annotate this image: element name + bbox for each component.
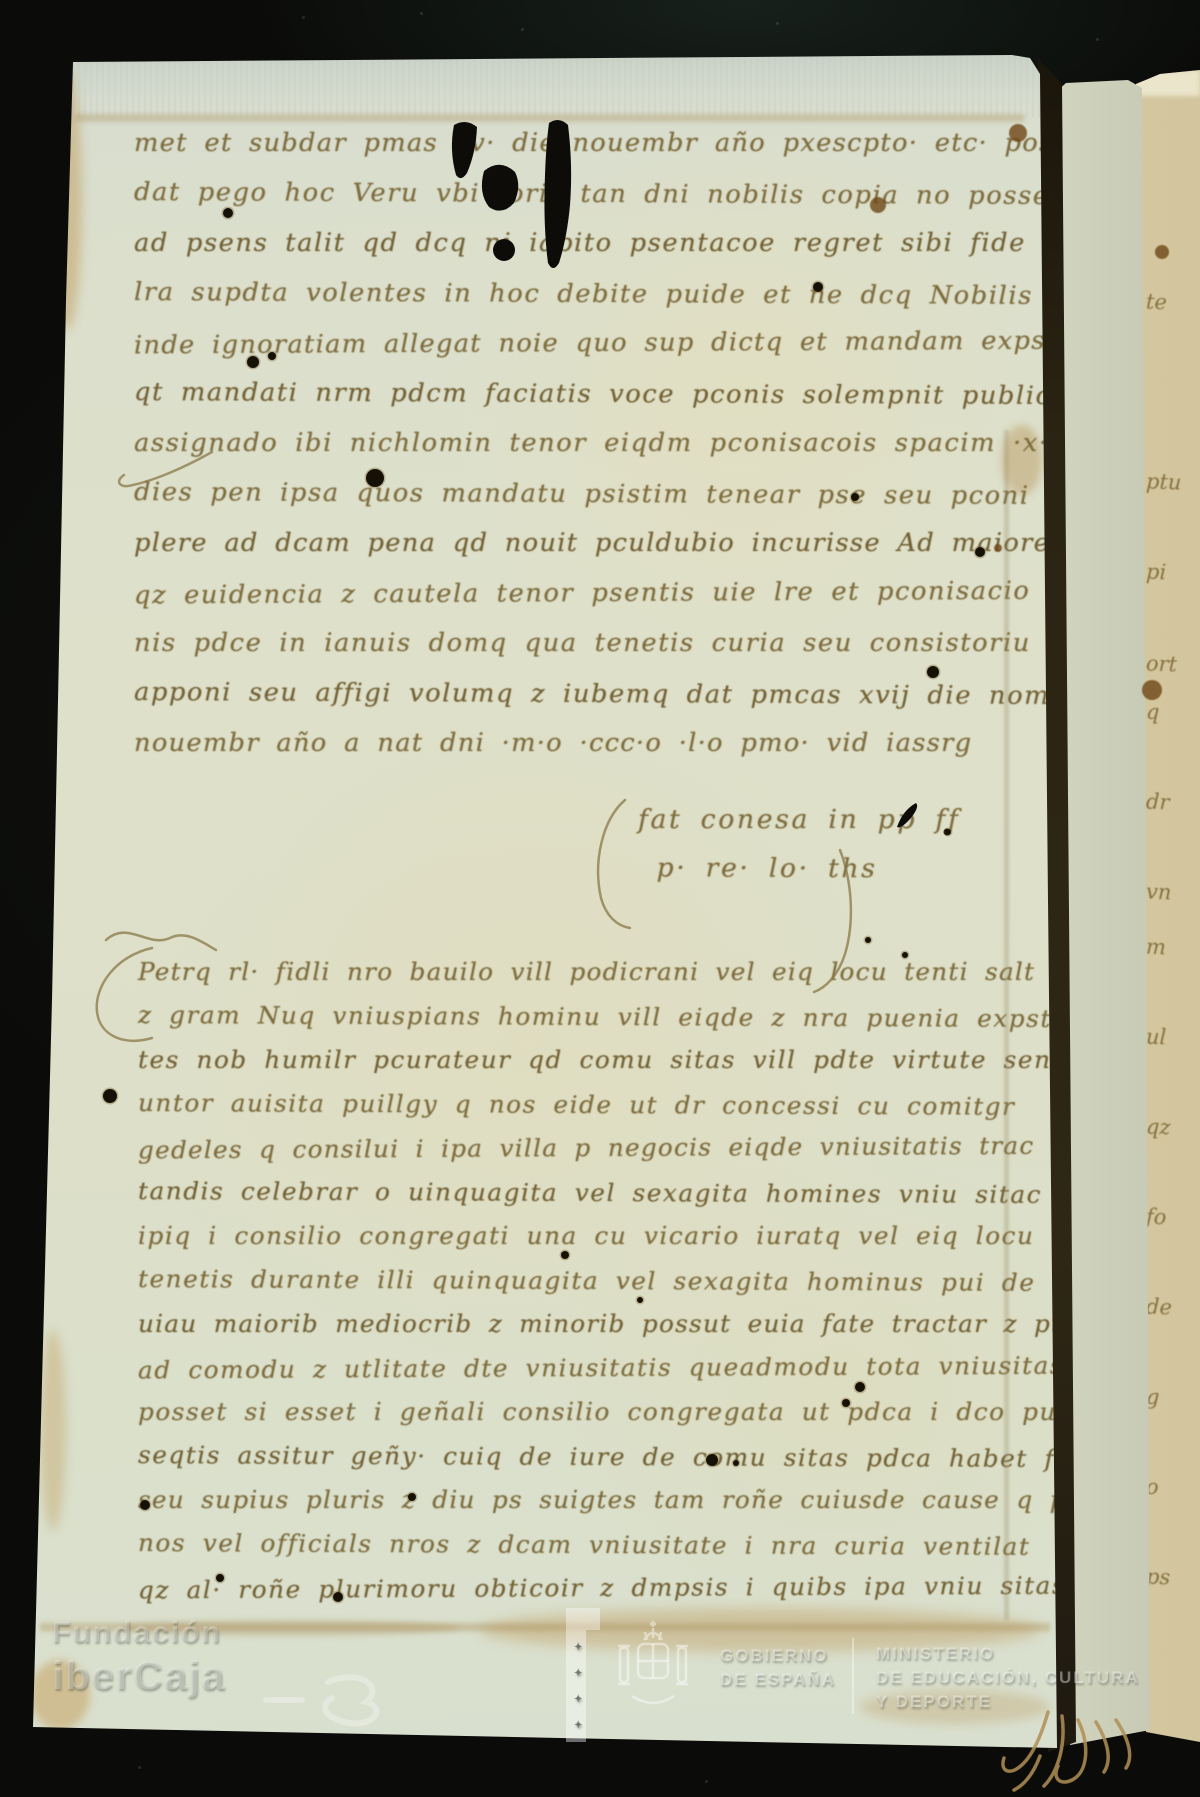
manuscript-line: z gram Nuq vniuspians hominu vill eiqde … [138,993,1065,1041]
manuscript-fragment: qz [1146,1115,1171,1140]
manuscript-fragment: vn [1146,880,1172,905]
brown-spot [1142,680,1162,700]
ink-hole [813,282,823,292]
ink-hole [268,352,276,360]
manuscript-line: ipiq i consilio congregati una cu vicari… [138,1214,1065,1258]
ministerio-line3: Y DEPORTE [876,1690,1140,1714]
stain [40,1330,66,1530]
manuscript-line: nouembr año a nat dni ·m·o ·ccc·o ·l·o p… [134,718,1061,768]
manuscript-fragment: q [1146,700,1160,724]
manuscript-fragment: pi [1146,560,1167,585]
brown-spot [1009,124,1027,142]
ibercaja-logo-icon [262,1660,392,1730]
ink-hole [216,1574,224,1582]
manuscript-line: posset si esset i geñali consilio congre… [138,1390,1065,1434]
manuscript-line: nis pdce in ianuis domq qua tenetis curi… [134,618,1061,668]
ink-hole [927,666,939,678]
manuscript-fragment: dr [1146,790,1170,815]
right-vertical-crease [1004,430,1009,1620]
ink-hole [561,1251,569,1259]
ministerio-line2: DE EDUCACIÓN, CULTURA [876,1666,1140,1690]
ink-hole [733,1460,739,1466]
manuscript-line: lra supdta volentes in hoc debite puide … [134,267,1061,321]
manuscript-line: gedeles q consilui i ipa villa p negocis… [138,1124,1065,1173]
manuscript-line: uiau maiorib mediocrib z minorib possut … [138,1302,1065,1346]
fundacion-ibercaja-watermark: Fundación iberCaja [52,1618,226,1696]
dust-speck [302,16,305,19]
manuscript-line: met et subdar pmas xv· die nouembr año p… [134,118,1061,168]
gobierno-text: GOBIERNO DE ESPAÑA [720,1644,836,1692]
manuscript-line: qt mandati nrm pdcm faciatis voce pconis… [134,367,1061,421]
manuscript-fragment: ps [1146,1565,1171,1590]
signature-block: fat conesa in pp ffp· re· lo· ths [638,796,978,892]
manuscript-page: met et subdar pmas xv· die nouembr año p… [0,0,1200,1797]
dust-speck [776,22,779,25]
manuscript-fragment: fo [1146,1205,1167,1230]
ink-hole [247,356,259,368]
ink-hole [408,1493,416,1501]
manuscript-fragment: de [1146,1295,1173,1320]
ink-hole [945,829,951,835]
manuscript-line: plere ad dcam pena qd nouit pculdubio in… [134,518,1061,568]
brown-spot [870,197,886,213]
manuscript-line: tenetis durante illi quinquagita vel sex… [138,1257,1065,1305]
ink-hole [975,547,985,557]
ink-hole [223,208,233,218]
ink-hole [865,937,871,943]
manuscript-line: assignado ibi nichlomin tenor eiqdm pcon… [134,418,1061,468]
manuscript-fragment: ort [1146,651,1178,676]
ink-hole [366,469,384,487]
manuscript-line: seu supius pluris z diu ps suigtes tam r… [138,1478,1065,1522]
dust-speck [420,12,423,15]
page-top-fold [60,55,1050,117]
manuscript-line: qz euidencia z cautela tenor psentis uie… [134,566,1061,621]
manuscript-line: untor auisita puillgy q nos eide ut dr c… [138,1081,1065,1129]
manuscript-fragment: m [1146,935,1167,960]
dust-speck [521,28,524,31]
dust-speck [1096,38,1099,41]
manuscript-line: apponi seu affigi volumq z iubemq dat pm… [134,667,1061,721]
manuscript-line: ad psens talit qd dcq ni iapito psentaco… [134,218,1061,268]
gobierno-line2: DE ESPAÑA [720,1668,836,1692]
watermark-fundacion-text: Fundación [52,1618,226,1648]
manuscript-line: seqtis assitur geñy· cuiq de iure de com… [138,1433,1065,1481]
manuscript-line: tandis celebrar o uinquagita vel sexagit… [138,1169,1065,1217]
ink-hole [851,493,859,501]
text-block-2: Petrq rl· fidli nro bauilo vill podicran… [138,950,1065,1610]
manuscript-line: p· re· lo· ths [656,844,978,893]
manuscript-photo: teptupiortqdrvnmulqzfodegops met et subd… [0,0,1200,1797]
ink-hole [103,1089,117,1103]
ink-hole [333,1592,343,1602]
manuscript-line: dat pego hoc Veru vbi foris tan dni nobi… [134,167,1061,221]
manuscript-fragment: ptu [1146,469,1182,494]
gobierno-watermark: ✦ ✦ ✦ ✦ GOBIERNO DE ESPAÑA MINISTERIO DE… [560,1600,1200,1760]
ministerio-line1: MINISTERIO [876,1642,1140,1666]
manuscript-line: Petrq rl· fidli nro bauilo vill podicran… [138,950,1065,994]
manuscript-line: nos vel officials nros z dcam vniusitate… [138,1521,1065,1569]
manuscript-line: fat conesa in pp ff [638,796,978,844]
brown-spot [1155,245,1169,259]
ink-hole [706,1454,718,1466]
ink-hole [855,1382,865,1392]
ministerio-text: MINISTERIO DE EDUCACIÓN, CULTURA Y DEPOR… [876,1642,1140,1714]
manuscript-line: tes nob humilr pcurateur qd comu sitas v… [138,1038,1065,1082]
watermark-divider [852,1638,854,1714]
ink-hole [902,952,908,958]
ink-hole [842,1399,850,1407]
dust-speck [138,1766,141,1769]
manuscript-line: dies pen ipsa quos mandatu psistim tenea… [134,467,1061,521]
coat-of-arms-icon [614,1618,692,1722]
ink-hole [140,1500,150,1510]
brown-spot [994,544,1002,552]
dust-speck [705,1780,708,1783]
text-block-1: met et subdar pmas xv· die nouembr año p… [134,118,1061,768]
manuscript-fragment: ul [1146,1025,1167,1050]
manuscript-line: inde ignoratiam allegat noie quo sup dic… [134,316,1061,371]
watermark-ibercaja-text: iberCaja [52,1656,226,1696]
ink-hole [637,1297,643,1303]
manuscript-line: ad comodu z utlitate dte vniusitatis que… [138,1344,1065,1393]
gobierno-line1: GOBIERNO [720,1644,836,1668]
manuscript-fragment: te [1146,290,1168,315]
